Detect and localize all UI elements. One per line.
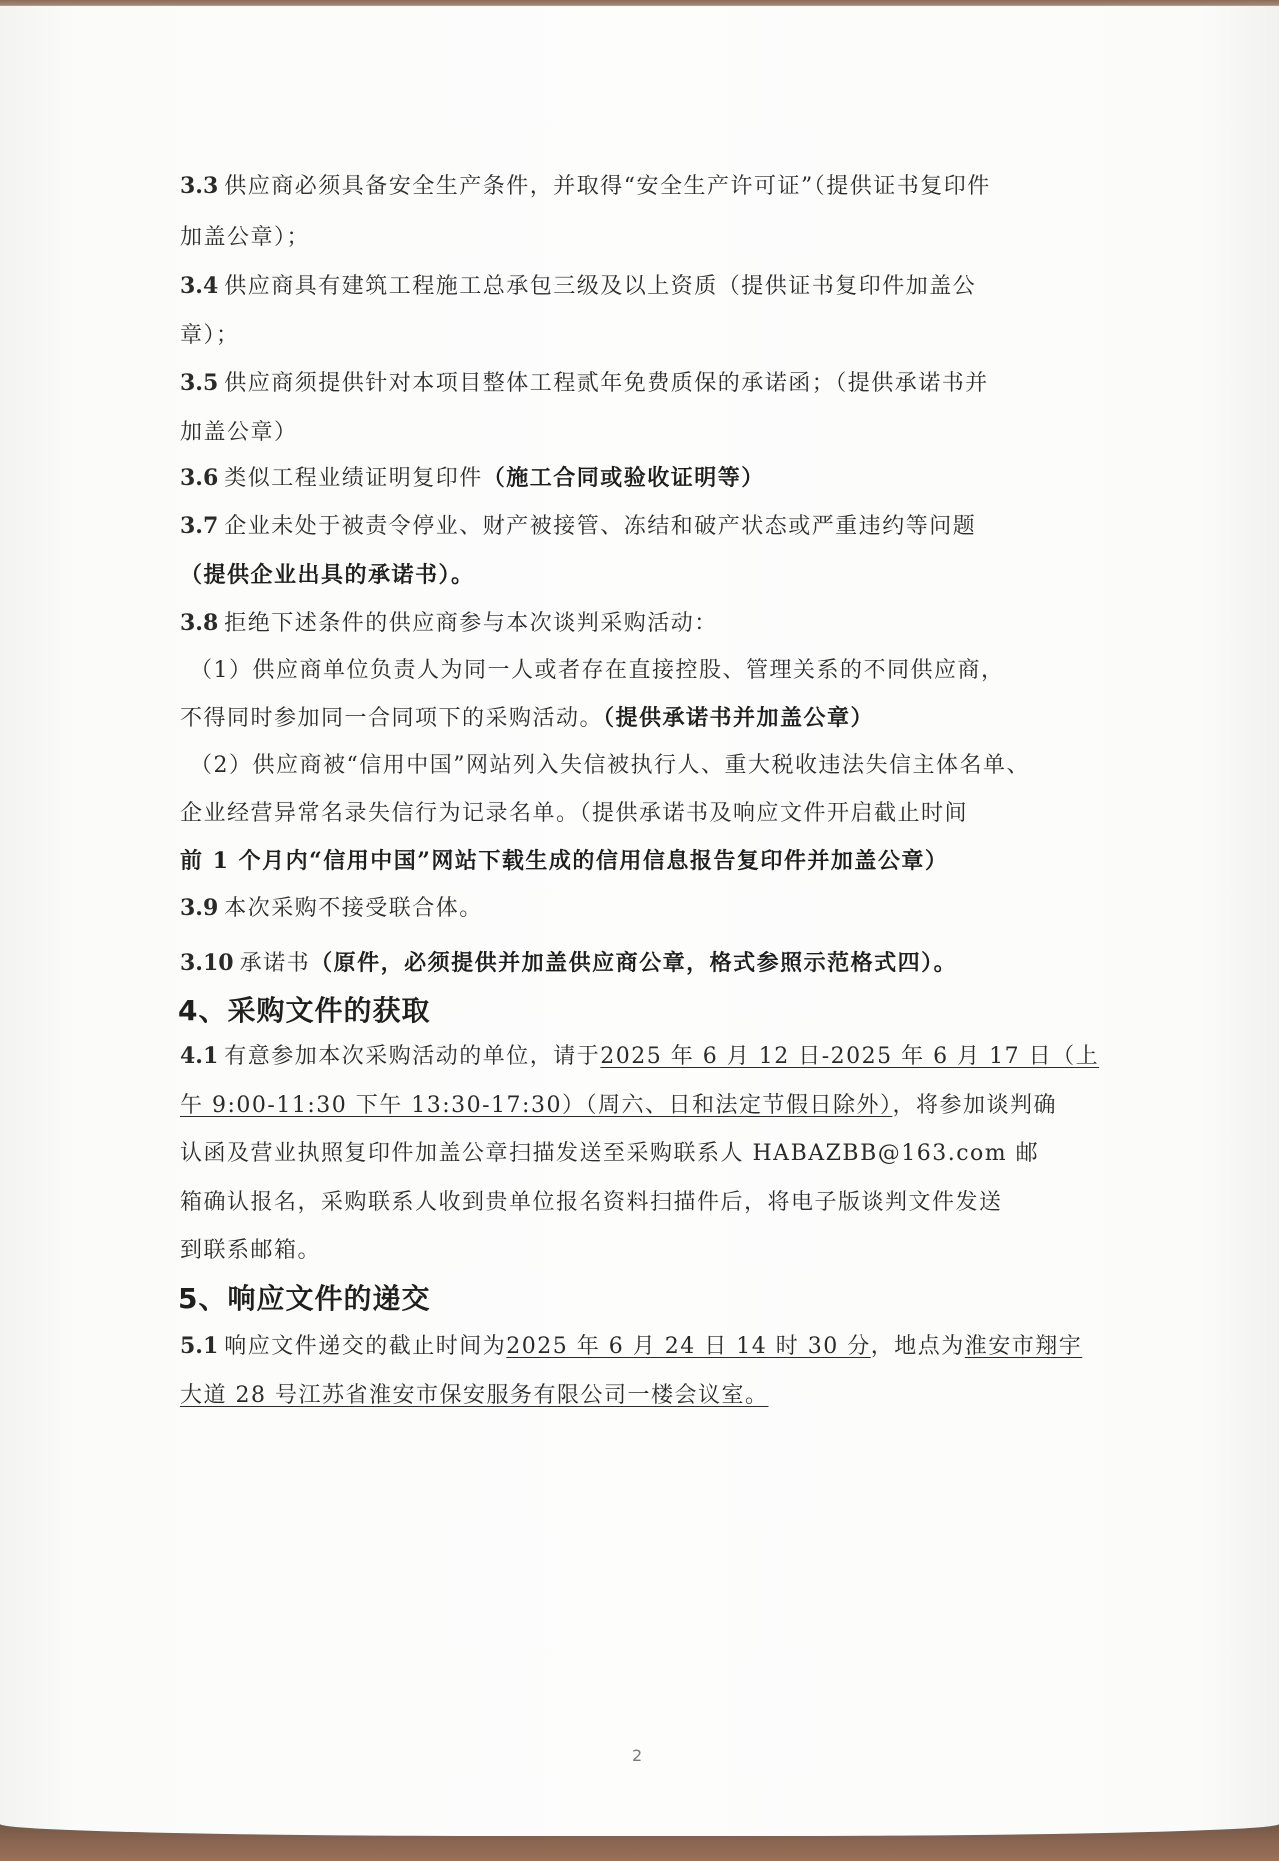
sub-item-1-cont: 不得同时参加同一合同项下的采购活动。（提供承诺书并加盖公章）	[180, 703, 874, 734]
item-text: 供应商必须具备安全生产条件，并取得“安全生产许可证”（提供证书复印件	[224, 174, 991, 199]
item-text: 供应商具有建筑工程施工总承包三级及以上资质（提供证书复印件加盖公	[224, 274, 976, 299]
item-text: 供应商须提供针对本项目整体工程贰年免费质保的承诺函；（提供承诺书并	[224, 371, 989, 396]
submission-location-cont: 大道 28 号江苏省淮安市保安服务有限公司一楼会议室。	[180, 1383, 768, 1408]
item-number: 3.3	[180, 173, 218, 199]
item-text: ，将参加谈判确	[892, 1093, 1057, 1118]
item-text: 拒绝下述条件的供应商参与本次谈判采购活动：	[224, 611, 718, 636]
item-number: 4.1	[180, 1043, 218, 1069]
item-note: （施工合同或验收证明等）	[483, 465, 765, 491]
item-number: 5.1	[180, 1333, 218, 1359]
item-number: 3.6	[180, 465, 218, 491]
item-number: 3.4	[180, 273, 218, 299]
item-3-7-cont: （提供企业出具的承诺书）。	[180, 560, 475, 590]
item-3-3-cont: 加盖公章）；	[180, 223, 310, 253]
item-number: 3.8	[180, 610, 218, 636]
item-note: （原件，必须提供并加盖供应商公章，格式参照示范格式四）。	[310, 950, 957, 976]
submission-location: 淮安市翔宇	[965, 1334, 1083, 1359]
item-text: 企业未处于被责令停业、财产被接管、冻结和破产状态或严重违约等问题	[224, 514, 976, 539]
item-4-1-line3: 认函及营业执照复印件加盖公章扫描发送至采购联系人 HABAZBB@163.com…	[180, 1139, 1039, 1169]
item-number: 3.5	[180, 370, 218, 396]
registration-hours: 午 9:00-11:30 下午 13:30-17:30）（周六、日和法定节假日除…	[180, 1093, 892, 1118]
registration-dates: 2025 年 6 月 12 日-2025 年 6 月 17 日（上	[600, 1044, 1099, 1069]
item-4-1-line4: 箱确认报名，采购联系人收到贵单位报名资料扫描件后，将电子版谈判文件发送	[180, 1188, 1003, 1218]
item-text: ，地点为	[871, 1334, 965, 1359]
section-4-heading: 4、采购文件的获取	[178, 989, 430, 1029]
item-text: 本次采购不接受联合体。	[224, 896, 483, 921]
item-text: 响应文件递交的截止时间为	[224, 1334, 506, 1359]
sub-item-note: （提供承诺书并加盖公章）	[603, 705, 874, 731]
item-3-5: 3.5供应商须提供针对本项目整体工程贰年免费质保的承诺函；（提供承诺书并	[180, 368, 989, 399]
item-4-1-line2: 午 9:00-11:30 下午 13:30-17:30）（周六、日和法定节假日除…	[180, 1091, 1057, 1121]
item-4-1: 4.1有意参加本次采购活动的单位，请于2025 年 6 月 12 日-2025 …	[180, 1041, 1099, 1072]
item-number: 3.9	[180, 895, 218, 921]
document-page: 3.3供应商必须具备安全生产条件，并取得“安全生产许可证”（提供证书复印件 加盖…	[0, 6, 1279, 1836]
sub-item-label: （2）	[190, 753, 253, 778]
item-text: 承诺书	[240, 951, 311, 976]
item-4-1-line5: 到联系邮箱。	[180, 1236, 321, 1266]
item-3-10: 3.10承诺书（原件，必须提供并加盖供应商公章，格式参照示范格式四）。	[180, 948, 957, 979]
page-number: 2	[632, 1746, 642, 1765]
section-5-heading: 5、响应文件的递交	[178, 1277, 430, 1317]
item-3-5-cont: 加盖公章）	[180, 418, 298, 448]
item-number: 3.7	[180, 513, 218, 539]
item-text: 类似工程业绩证明复印件	[224, 466, 483, 491]
item-3-3: 3.3供应商必须具备安全生产条件，并取得“安全生产许可证”（提供证书复印件	[180, 171, 991, 202]
sub-item-text: 供应商被“信用中国”网站列入失信被执行人、重大税收违法失信主体名单、	[253, 753, 1031, 778]
sub-item-1: （1）供应商单位负责人为同一人或者存在直接控股、管理关系的不同供应商，	[190, 656, 1005, 686]
item-3-4: 3.4供应商具有建筑工程施工总承包三级及以上资质（提供证书复印件加盖公	[180, 271, 976, 302]
item-number: 3.10	[180, 950, 234, 976]
item-3-8: 3.8拒绝下述条件的供应商参与本次谈判采购活动：	[180, 608, 718, 639]
sub-item-text: 供应商单位负责人为同一人或者存在直接控股、管理关系的不同供应商，	[253, 658, 1005, 683]
sub-item-label: （1）	[190, 658, 253, 683]
item-3-7: 3.7企业未处于被责令停业、财产被接管、冻结和破产状态或严重违约等问题	[180, 511, 976, 542]
sub-item-text: 不得同时参加同一合同项下的采购活动。	[180, 706, 603, 731]
submission-deadline: 2025 年 6 月 24 日 14 时 30 分	[506, 1334, 870, 1359]
item-3-9: 3.9本次采购不接受联合体。	[180, 893, 483, 924]
sub-item-2-cont: 企业经营异常名录失信行为记录名单。（提供承诺书及响应文件开启截止时间	[180, 799, 968, 829]
item-3-6: 3.6类似工程业绩证明复印件（施工合同或验收证明等）	[180, 463, 765, 494]
sub-item-2-cont2: 前 1 个月内“信用中国”网站下载生成的信用信息报告复印件并加盖公章）	[180, 846, 948, 876]
item-3-4-cont: 章）；	[180, 321, 240, 351]
sub-item-2: （2）供应商被“信用中国”网站列入失信被执行人、重大税收违法失信主体名单、	[190, 751, 1030, 781]
item-5-1: 5.1响应文件递交的截止时间为2025 年 6 月 24 日 14 时 30 分…	[180, 1331, 1082, 1362]
item-text: 有意参加本次采购活动的单位，请于	[224, 1044, 600, 1069]
item-5-1-line2: 大道 28 号江苏省淮安市保安服务有限公司一楼会议室。	[180, 1381, 768, 1411]
